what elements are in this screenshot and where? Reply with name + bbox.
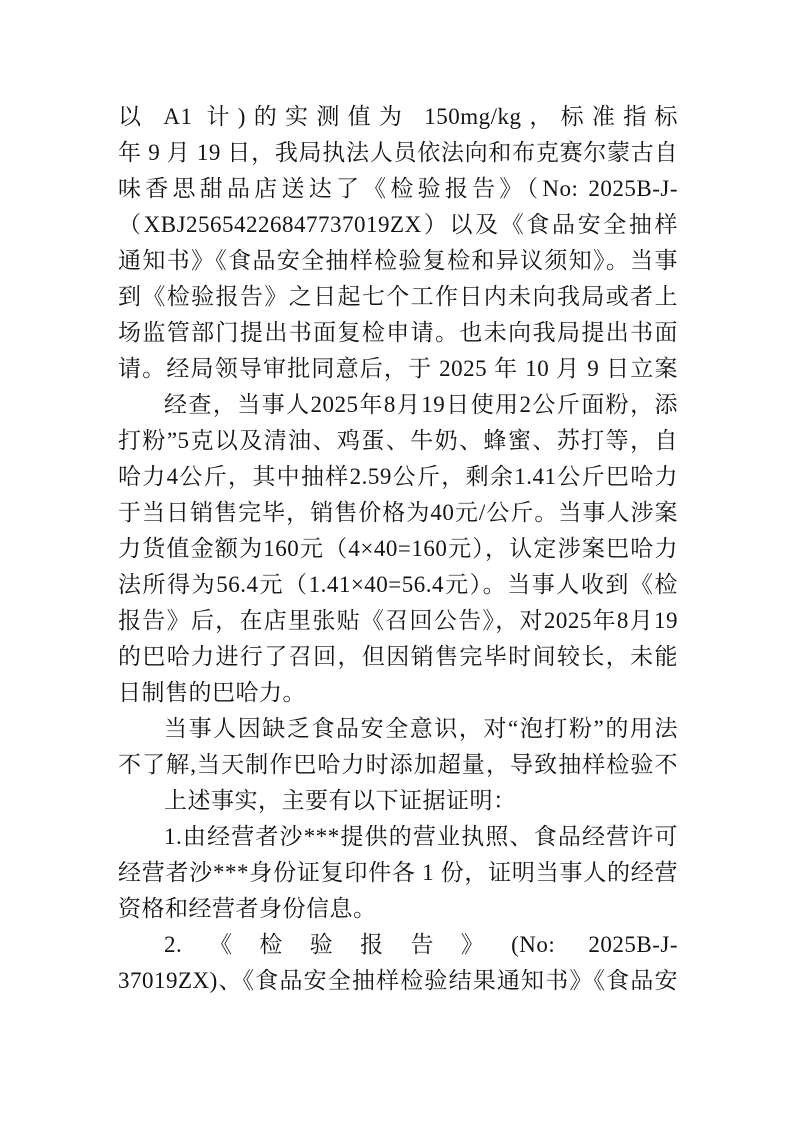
document-line: 经查，当事人2025年8月19日使用2公斤面粉，添加“泡 (118, 387, 678, 423)
document-line: 经营者沙***身份证复印件各 1 份，证明当事人的经营主体 (118, 855, 678, 891)
document-line: 场监管部门提出书面复检申请。也未向我局提出书面异议申 (118, 315, 678, 351)
document-line: 于当日销售完毕，销售价格为40元/公斤。当事人涉案巴哈 (118, 495, 678, 531)
document-body-text: 以 A1 计)的实测值为 150mg/kg，标准指标≤100mg/kg。2025… (118, 99, 678, 999)
document-page: 以 A1 计)的实测值为 150mg/kg，标准指标≤100mg/kg。2025… (0, 0, 793, 1122)
document-line: 日制售的巴哈力。 (118, 675, 678, 711)
document-line: 以 A1 计)的实测值为 150mg/kg，标准指标≤100mg/kg。2025 (118, 99, 678, 135)
document-line: 力货值金额为160元（4×40=160元），认定涉案巴哈力的违 (118, 531, 678, 567)
document-line: 法所得为56.4元（1.41×40=56.4元）。当事人收到《检验 (118, 567, 678, 603)
document-line: （XBJ25654226847737019ZX）以及《食品安全抽样检验结果 (118, 207, 678, 243)
document-line: 到《检验报告》之日起七个工作日内未向我局或者上一级市 (118, 279, 678, 315)
document-line: 2.《检验报告》(No: 2025B-J-SP10893(XBJ25654226… (118, 927, 678, 963)
document-line: 当事人因缺乏食品安全意识，对“泡打粉”的用法用量 (118, 711, 678, 747)
document-line: 哈力4公斤，其中抽样2.59公斤，剩余1.41公斤巴哈力均已 (118, 459, 678, 495)
document-line: 不了解,当天制作巴哈力时添加超量，导致抽样检验不合格。 (118, 747, 678, 783)
document-line: 味香思甜品店送达了《检验报告》（No: 2025B-J-SP10893 (118, 171, 678, 207)
document-line: 请。经局领导审批同意后，于 2025 年 10 月 9 日立案调查。 (118, 351, 678, 387)
document-line: 打粉”5克以及清油、鸡蛋、牛奶、蜂蜜、苏打等，自制巴 (118, 423, 678, 459)
document-line: 报告》后，在店里张贴《召回公告》，对2025年8月19日制售 (118, 603, 678, 639)
document-line: 37019ZX)、《食品安全抽样检验结果通知书》《食品安全抽样 (118, 963, 678, 999)
document-line: 上述事实，主要有以下证据证明： (118, 783, 678, 819)
document-line: 年 9 月 19 日，我局执法人员依法向和布克赛尔蒙古自治县 (118, 135, 678, 171)
document-line: 资格和经营者身份信息。 (118, 891, 678, 927)
document-line: 1.由经营者沙***提供的营业执照、食品经营许可证、 (118, 819, 678, 855)
document-line: 通知书》《食品安全抽样检验复检和异议须知》。当事人自收 (118, 243, 678, 279)
document-line: 的巴哈力进行了召回，但因销售完毕时间较长，未能召回当 (118, 639, 678, 675)
